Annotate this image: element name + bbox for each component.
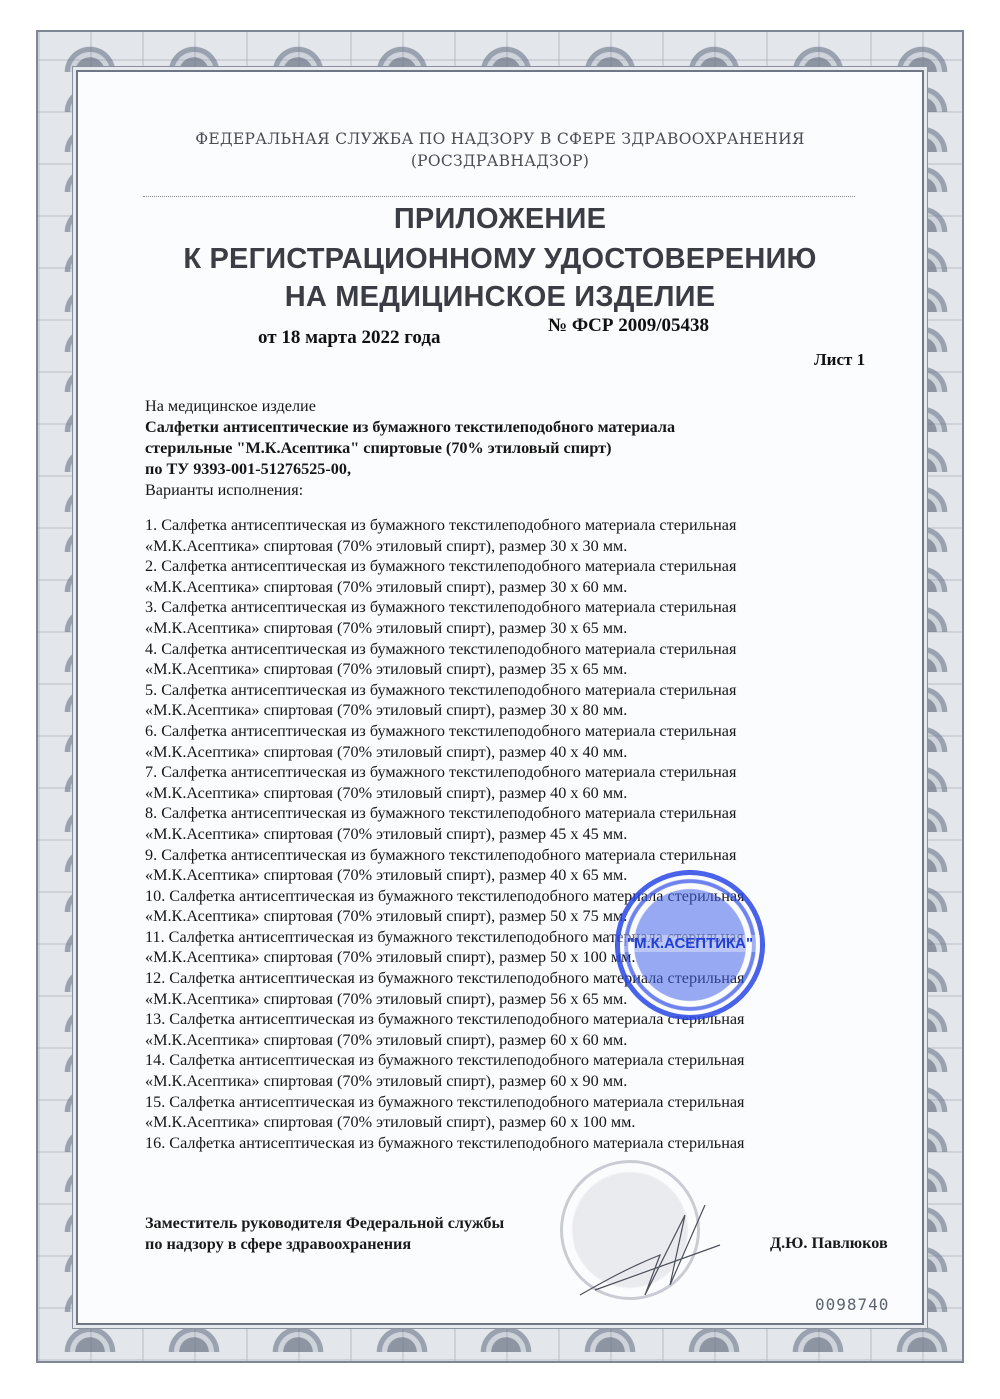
variant-item: 3. Салфетка антисептическая из бумажного… [145, 597, 744, 618]
signatory-position: Заместитель руководителя Федеральной слу… [145, 1213, 504, 1255]
agency-name: ФЕДЕРАЛЬНАЯ СЛУЖБА ПО НАДЗОРУ В СФЕРЕ ЗД… [0, 128, 1000, 150]
variant-item-size: «М.К.Асептика» спиртовая (70% этиловый с… [145, 1071, 744, 1092]
variant-item: 5. Салфетка антисептическая из бумажного… [145, 680, 744, 701]
variant-item-size: «М.К.Асептика» спиртовая (70% этиловый с… [145, 659, 744, 680]
product-name-line-1: Салфетки антисептические из бумажного те… [145, 417, 675, 438]
variants-label: Варианты исполнения: [145, 480, 303, 501]
variant-item: 4. Салфетка антисептическая из бумажного… [145, 639, 744, 660]
title-line-2: К РЕГИСТРАЦИОННОМУ УДОСТОВЕРЕНИЮ [0, 240, 1000, 278]
variant-item-size: «М.К.Асептика» спиртовая (70% этиловый с… [145, 700, 744, 721]
variant-item: 9. Салфетка антисептическая из бумажного… [145, 845, 744, 866]
variant-item-size: «М.К.Асептика» спиртовая (70% этиловый с… [145, 536, 744, 557]
handwritten-signature [575, 1195, 725, 1305]
title-line-3: НА МЕДИЦИНСКОЕ ИЗДЕЛИЕ [0, 278, 1000, 316]
variant-item: 15. Салфетка антисептическая из бумажног… [145, 1092, 744, 1113]
variant-item-size: «М.К.Асептика» спиртовая (70% этиловый с… [145, 783, 744, 804]
variant-item: 13. Салфетка антисептическая из бумажног… [145, 1009, 744, 1030]
product-spec: по ТУ 9393-001-51276525-00, [145, 459, 351, 480]
issue-date: от 18 марта 2022 года [258, 327, 441, 349]
variants-list: 1. Салфетка антисептическая из бумажного… [145, 515, 744, 1153]
stamp-company-name: "М.К.АСЕПТИКА" [620, 935, 760, 952]
variant-item-size: «М.К.Асептика» спиртовая (70% этиловый с… [145, 618, 744, 639]
company-stamp: "М.К.АСЕПТИКА" [615, 870, 765, 1020]
variant-item: 6. Салфетка антисептическая из бумажного… [145, 721, 744, 742]
intro-lead: На медицинское изделие [145, 396, 316, 417]
variant-item: 8. Салфетка антисептическая из бумажного… [145, 803, 744, 824]
title-line-1: ПРИЛОЖЕНИЕ [0, 200, 1000, 238]
variant-item: 7. Салфетка антисептическая из бумажного… [145, 762, 744, 783]
signatory-position-line-1: Заместитель руководителя Федеральной слу… [145, 1213, 504, 1234]
signatory-position-line-2: по надзору в сфере здравоохранения [145, 1234, 504, 1255]
variant-item-size: «М.К.Асептика» спиртовая (70% этиловый с… [145, 577, 744, 598]
serial-number: 0098740 [815, 1295, 889, 1314]
variant-item: 14. Салфетка антисептическая из бумажног… [145, 1050, 744, 1071]
certificate-number: № ФСР 2009/05438 [548, 315, 709, 337]
variant-item-size: «М.К.Асептика» спиртовая (70% этиловый с… [145, 1112, 744, 1133]
variant-item: 1. Салфетка антисептическая из бумажного… [145, 515, 744, 536]
variant-item: 2. Салфетка антисептическая из бумажного… [145, 556, 744, 577]
divider [143, 196, 855, 197]
variant-item-size: «М.К.Асептика» спиртовая (70% этиловый с… [145, 742, 744, 763]
signatory-name: Д.Ю. Павлюков [770, 1234, 888, 1253]
product-name-line-2: стерильные "М.К.Асептика" спиртовые (70%… [145, 438, 612, 459]
variant-item-size: «М.К.Асептика» спиртовая (70% этиловый с… [145, 1030, 744, 1051]
agency-abbreviation: (РОСЗДРАВНАДЗОР) [0, 150, 1000, 172]
variant-item: 16. Салфетка антисептическая из бумажног… [145, 1133, 744, 1154]
variant-item-size: «М.К.Асептика» спиртовая (70% этиловый с… [145, 824, 744, 845]
sheet-number: Лист 1 [814, 350, 865, 370]
